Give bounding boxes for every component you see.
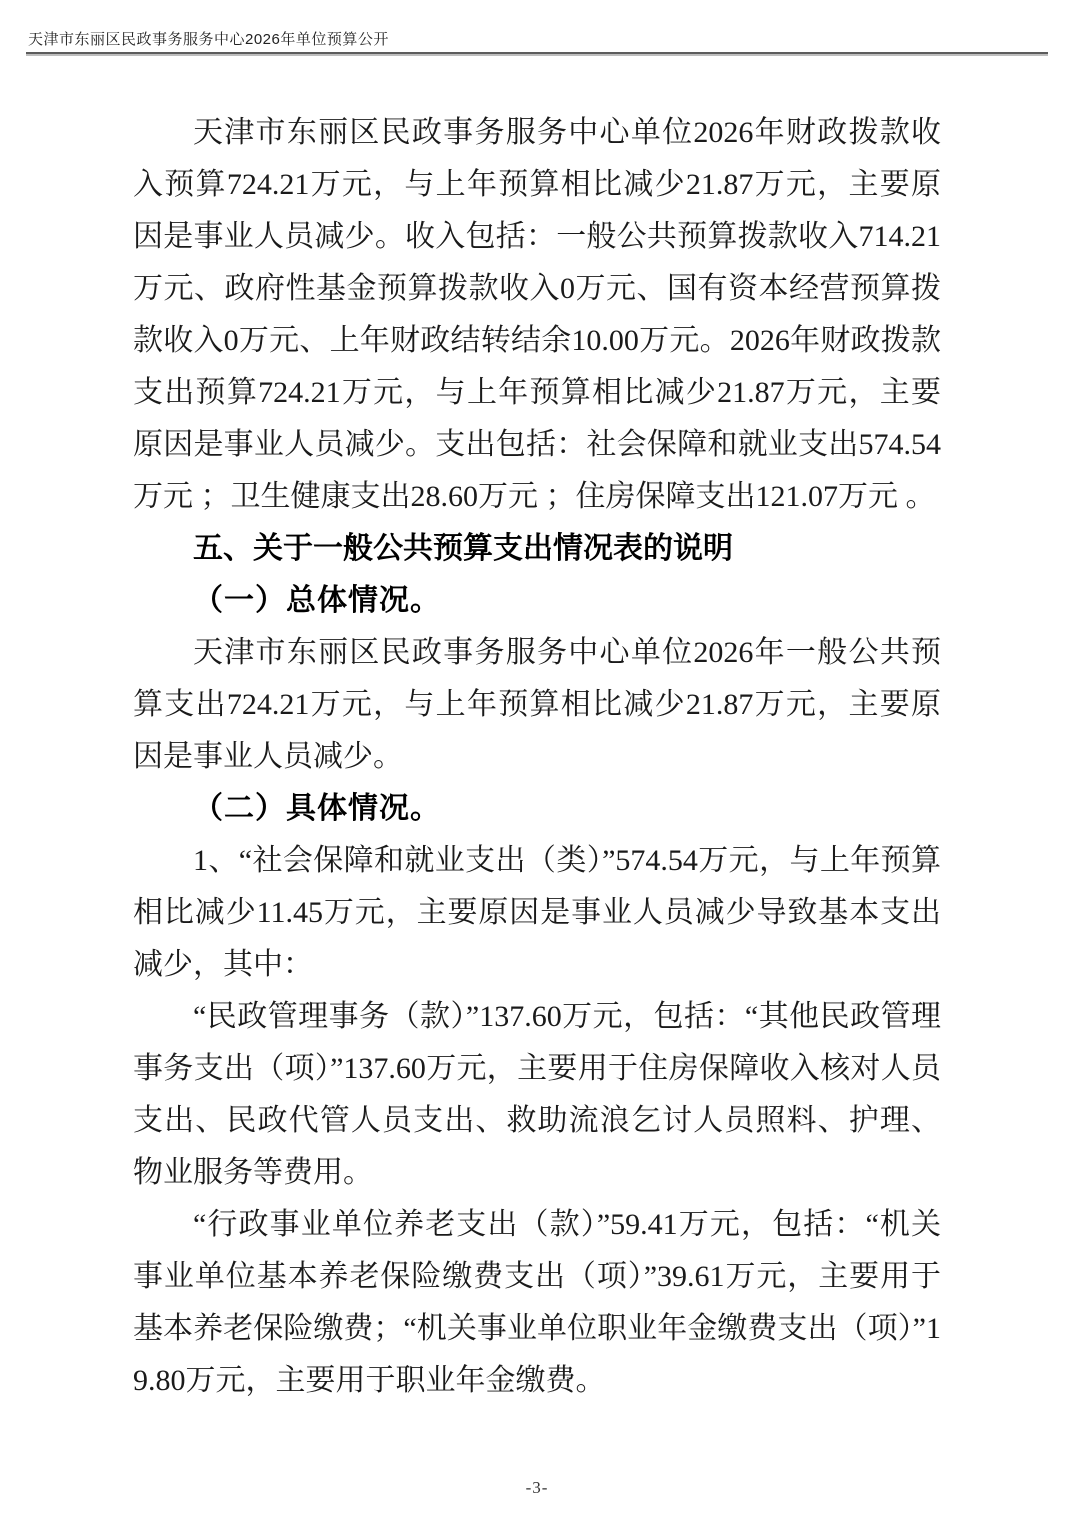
document-page: 天津市东丽区民政事务服务中心2026年单位预算公开 天津市东丽区民政事务服务中心…	[0, 0, 1074, 1520]
document-body: 天津市东丽区民政事务服务中心单位2026年财政拨款收入预算724.21万元，与上…	[133, 107, 941, 1407]
running-header-title: 天津市东丽区民政事务服务中心2026年单位预算公开	[28, 28, 389, 49]
subsection-heading-overall-situation: （一）总体情况。	[133, 575, 941, 627]
page-number: -3-	[0, 1478, 1074, 1498]
paragraph-overall-situation: 天津市东丽区民政事务服务中心单位2026年一般公共预算支出724.21万元，与上…	[133, 627, 941, 783]
paragraph-civil-affairs-management: “民政管理事务（款）”137.60万元，包括：“其他民政管理事务支出（项）”13…	[133, 991, 941, 1199]
paragraph-fiscal-appropriation-summary: 天津市东丽区民政事务服务中心单位2026年财政拨款收入预算724.21万元，与上…	[133, 107, 941, 523]
section-heading-general-public-budget: 五、关于一般公共预算支出情况表的说明	[133, 523, 941, 575]
paragraph-social-security-expenditure: 1、“社会保障和就业支出（类）”574.54万元，与上年预算相比减少11.45万…	[133, 835, 941, 991]
paragraph-pension-expenditure: “行政事业单位养老支出（款）”59.41万元，包括：“机关事业单位基本养老保险缴…	[133, 1199, 941, 1407]
subsection-heading-specific-situation: （二）具体情况。	[133, 783, 941, 835]
header-divider	[26, 52, 1048, 54]
